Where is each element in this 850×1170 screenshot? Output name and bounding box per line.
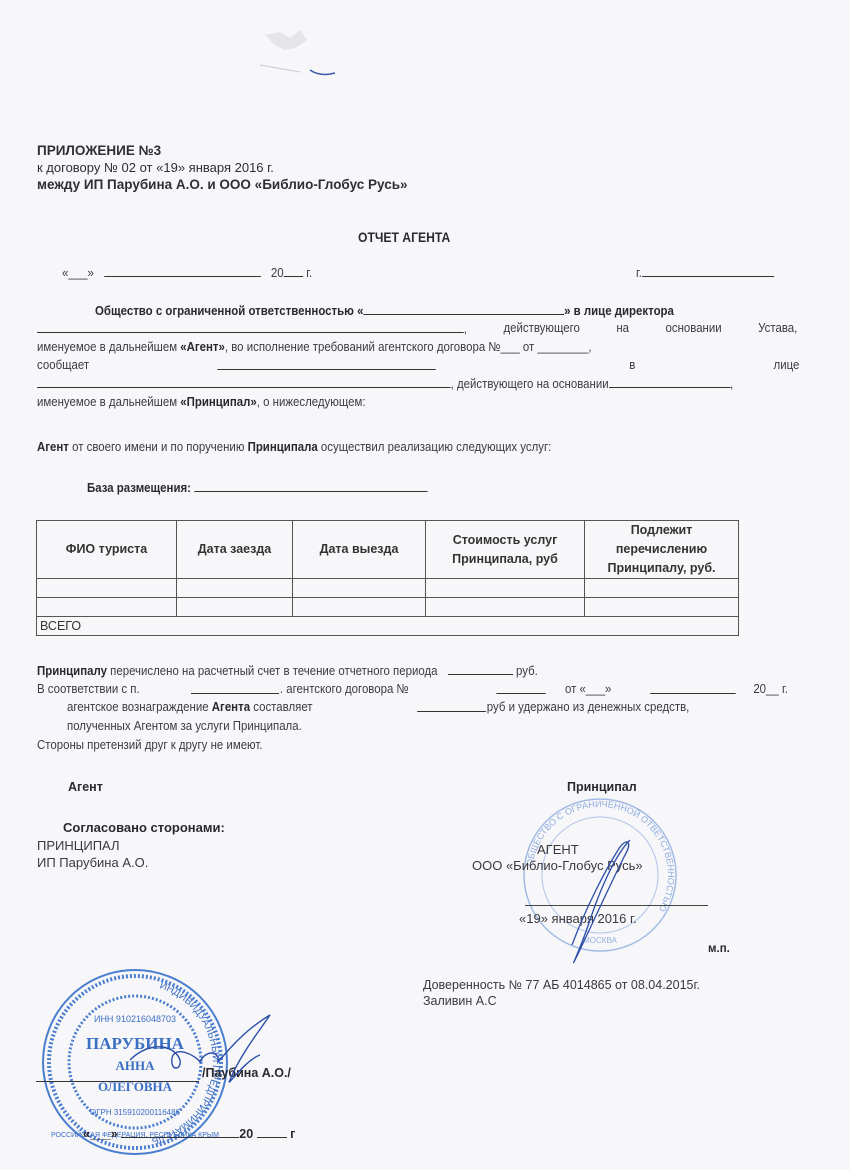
table-cell[interactable] xyxy=(426,598,585,617)
table-cell[interactable] xyxy=(177,598,293,617)
table-row xyxy=(37,579,739,598)
total-label: ВСЕГО xyxy=(37,617,739,636)
basis-field[interactable] xyxy=(609,375,730,388)
column-header: Дата заезда xyxy=(177,521,293,579)
intro-line-3: именуемое в дальнейшем «Агент», во испол… xyxy=(37,339,592,354)
table-cell[interactable] xyxy=(293,598,426,617)
contract-reference: к договору № 02 от «19» января 2016 г. xyxy=(37,159,274,176)
column-header: Подлежит перечислению Принципалу, руб. xyxy=(585,521,739,579)
agent-label: Агент xyxy=(68,780,103,794)
table-cell[interactable] xyxy=(37,598,177,617)
table-header-row: ФИО туриста Дата заезда Дата выезда Стои… xyxy=(37,521,739,579)
table-cell[interactable] xyxy=(177,579,293,598)
table-cell[interactable] xyxy=(37,579,177,598)
transferred-amount-field[interactable] xyxy=(448,662,513,675)
appendix-title: ПРИЛОЖЕНИЕ №3 xyxy=(37,142,161,159)
commission-field[interactable] xyxy=(417,699,486,712)
settlement-line-3: агентское вознаграждение Агента составля… xyxy=(67,699,798,714)
settlement-line-1: Принципалу перечислено на расчетный счет… xyxy=(37,662,538,678)
representative-field[interactable] xyxy=(37,375,451,388)
table-total-row: ВСЕГО xyxy=(37,617,739,636)
no-claims-statement: Стороны претензий друг к другу не имеют. xyxy=(37,737,263,752)
intro-line-1: Общество с ограниченной ответственностью… xyxy=(95,302,674,318)
city-line: г. xyxy=(636,264,774,280)
left-month-field[interactable] xyxy=(121,1125,239,1138)
company-name-field[interactable] xyxy=(363,302,564,315)
document-title: ОТЧЕТ АГЕНТА xyxy=(358,230,450,245)
accommodation-field[interactable] xyxy=(194,479,427,492)
director-name-field[interactable] xyxy=(37,320,464,333)
scan-smudge xyxy=(255,20,345,80)
table-cell[interactable] xyxy=(585,579,739,598)
principal-name-field[interactable] xyxy=(217,357,435,370)
city-field[interactable] xyxy=(642,264,774,277)
left-party-name: ИП Парубина А.О. xyxy=(37,855,148,870)
principal-signature xyxy=(120,1000,280,1100)
contract-date-field[interactable] xyxy=(650,681,735,694)
left-party-role: ПРИНЦИПАЛ xyxy=(37,838,120,853)
contract-parties: между ИП Парубина А.О. и ООО «Библио-Гло… xyxy=(37,176,408,193)
accommodation-line: База размещения: xyxy=(87,479,427,495)
principal-label: Принципал xyxy=(567,780,637,794)
day-field[interactable]: «___» xyxy=(62,265,94,280)
column-header: Стоимость услуг Принципала, руб xyxy=(426,521,585,579)
settlement-line-4: полученных Агентом за услуги Принципала. xyxy=(67,718,302,733)
left-sign-date: «___» 20 г xyxy=(83,1125,295,1141)
settlement-line-2: В соответствии с п. . агентского договор… xyxy=(37,681,798,696)
agent-signature xyxy=(560,835,640,975)
table-cell[interactable] xyxy=(426,579,585,598)
signer-name: Заливин А.С xyxy=(423,994,497,1008)
services-statement: Агент от своего имени и по поручению При… xyxy=(37,439,551,454)
table-row xyxy=(37,598,739,617)
table-cell[interactable] xyxy=(293,579,426,598)
intro-line-4: сообщает в лице xyxy=(37,357,798,372)
year-field[interactable] xyxy=(284,264,303,277)
report-date-line: «___» 20 г. xyxy=(62,264,312,280)
agreed-label: Согласовано сторонами: xyxy=(63,820,225,835)
intro-line-5: , действующего на основании, xyxy=(37,375,733,391)
left-year-field[interactable] xyxy=(257,1125,287,1138)
contract-number-field[interactable] xyxy=(496,681,545,694)
power-of-attorney: Доверенность № 77 АБ 4014865 от 08.04.20… xyxy=(423,978,700,992)
seal-place-label: м.п. xyxy=(708,943,730,955)
services-table: ФИО туриста Дата заезда Дата выезда Стои… xyxy=(36,520,739,636)
stamp-ogrn: ОГРН 315910200116486 xyxy=(90,1108,181,1117)
clause-field[interactable] xyxy=(191,681,279,694)
month-field[interactable] xyxy=(104,264,261,277)
column-header: ФИО туриста xyxy=(37,521,177,579)
table-cell[interactable] xyxy=(585,598,739,617)
column-header: Дата выезда xyxy=(293,521,426,579)
intro-line-6: именуемое в дальнейшем «Принципал», о ни… xyxy=(37,394,366,409)
intro-line-2: , действующего на основании Устава, xyxy=(37,320,797,336)
